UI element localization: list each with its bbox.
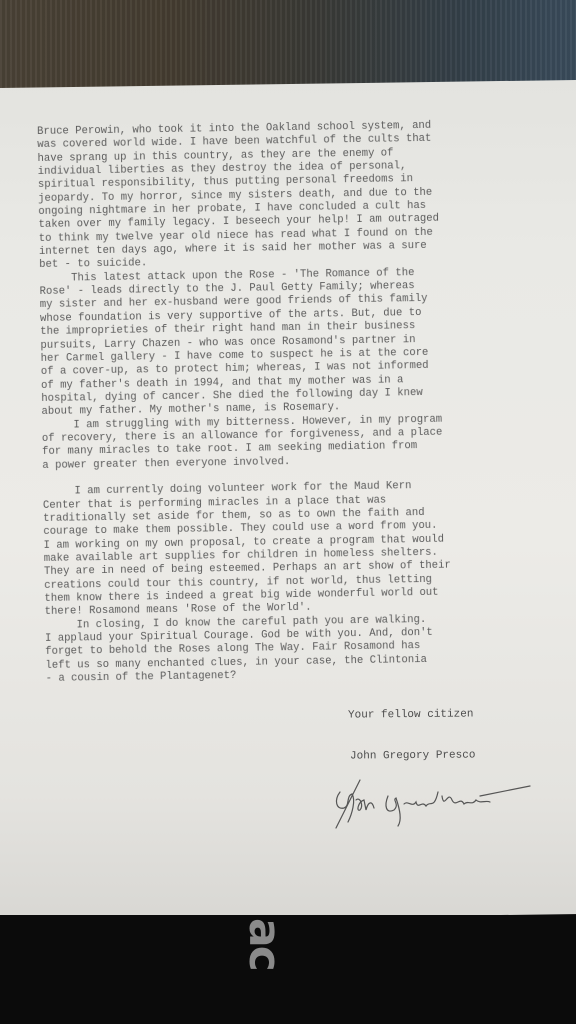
desk-surface xyxy=(0,0,576,90)
letter-body: Bruce Perowin, who took it into the Oakl… xyxy=(37,118,576,687)
closing-salutation: Your fellow citizen xyxy=(348,708,474,721)
handwritten-signature xyxy=(330,770,540,830)
typed-signature-name: John Gregory Presco xyxy=(350,749,476,762)
laptop-brand-logo: ac xyxy=(239,918,290,970)
